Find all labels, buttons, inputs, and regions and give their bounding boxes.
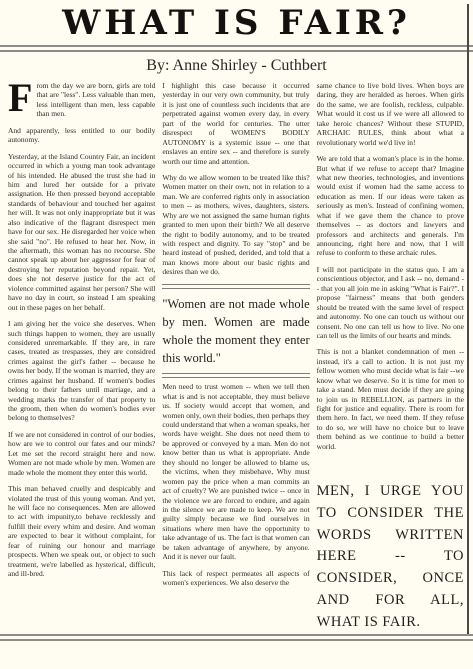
article-paragraph: If we are not considered in control of o… [8, 430, 155, 477]
column-2: I highlight this case because it occurre… [162, 81, 309, 594]
paragraph-text: rom the day we are born, girls are told … [36, 81, 155, 118]
column-1: From the day we are born, girls are told… [8, 81, 155, 585]
page-title: WHAT IS FAIR? [10, 2, 463, 44]
closing-statement: MEN, I URGE YOU TO CONSIDER THE WORDS WR… [317, 481, 464, 633]
article-paragraph: And apparently, less entitled to our bod… [8, 126, 155, 145]
article-paragraph: I am giving her the voice she deserves. … [8, 319, 155, 423]
article-paragraph: We are told that a woman's place is in t… [317, 154, 464, 258]
pull-quote: "Women are not made whole by men. Women … [162, 295, 309, 368]
pull-quote-bottom-rule [162, 373, 309, 378]
pull-quote-top-rule [162, 284, 309, 289]
article-paragraph: This is not a blanket condemnation of me… [317, 347, 464, 451]
article-paragraph: I will not participate in the status quo… [317, 265, 464, 341]
bottom-divider [0, 634, 473, 641]
article-paragraph: Yesterday, at the Island Country Fair, a… [8, 152, 155, 312]
article-paragraph: This man behaved cruelly and despicably … [8, 484, 155, 578]
article-paragraph: same chance to live bold lives. When boy… [317, 81, 464, 147]
column-3: same chance to live bold lives. When boy… [317, 81, 464, 640]
newspaper-page: WHAT IS FAIR? By: Anne Shirley - Cuthber… [0, 0, 473, 669]
article-paragraph: Why do we allow women to be treated like… [162, 173, 309, 277]
article-columns: From the day we are born, girls are told… [0, 81, 473, 640]
byline: By: Anne Shirley - Cuthbert [0, 57, 473, 75]
article-paragraph: I highlight this case because it occurre… [162, 81, 309, 166]
article-paragraph: This lack of respect permeates all aspec… [162, 569, 309, 588]
article-paragraph: From the day we are born, girls are told… [8, 81, 155, 119]
title-divider [0, 45, 473, 52]
right-edge-rule [467, 4, 469, 634]
article-paragraph: Men need to trust women -- when we tell … [162, 382, 309, 561]
drop-cap: F [8, 81, 36, 113]
